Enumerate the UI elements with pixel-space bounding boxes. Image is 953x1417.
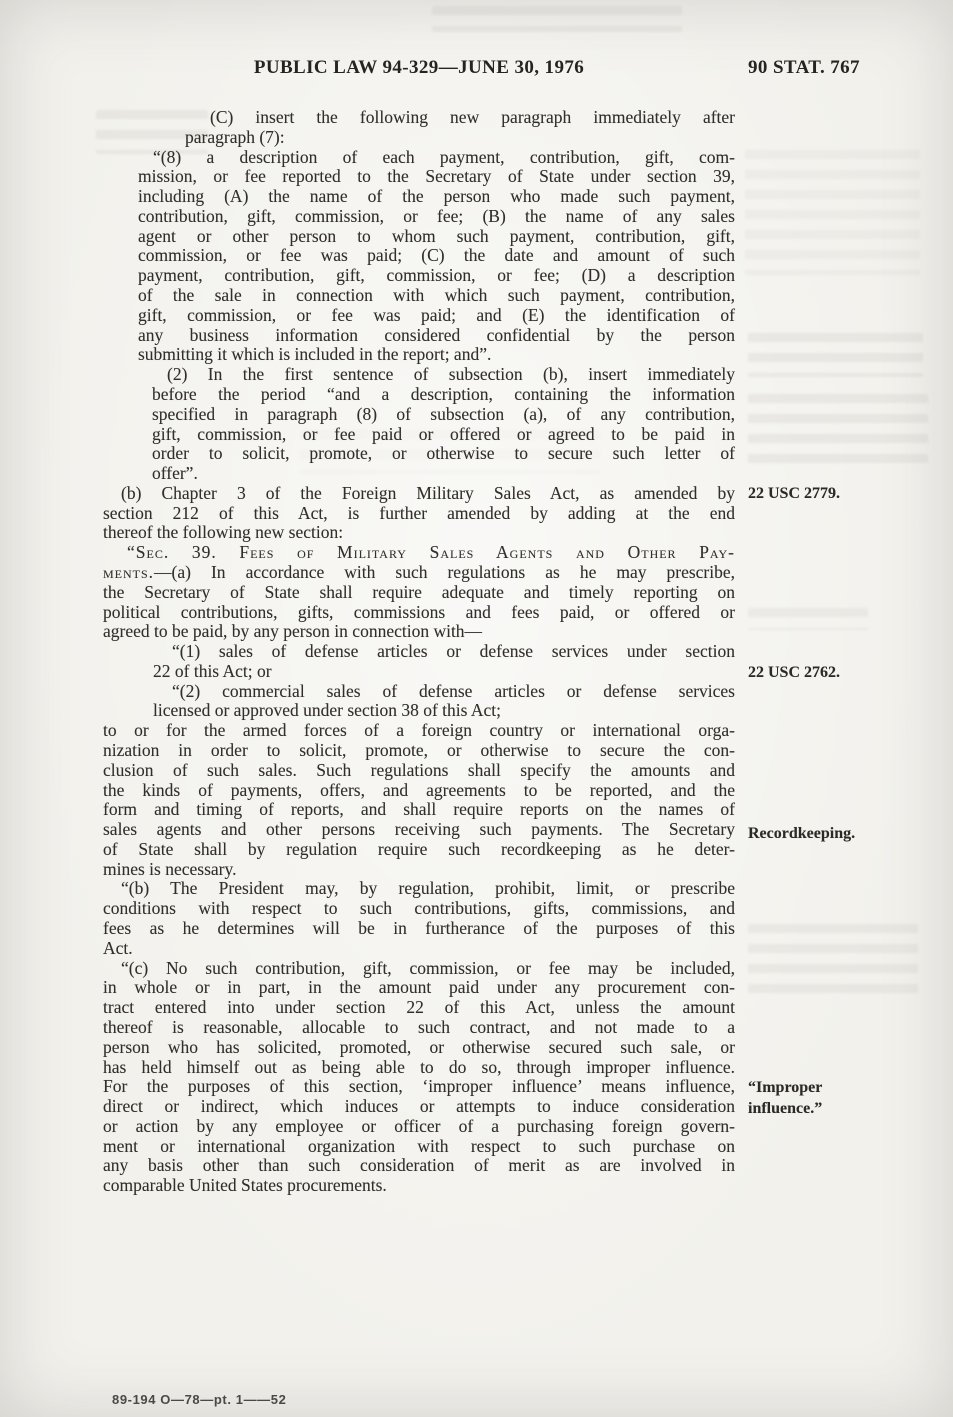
text-line: of the sale in connection with which suc…: [138, 286, 735, 306]
statute-page: PUBLIC LAW 94-329—JUNE 30, 1976 90 STAT.…: [0, 0, 953, 1417]
text-line: of State shall by regulation require suc…: [103, 840, 735, 860]
running-head-stat-number: 90 STAT. 767: [748, 57, 938, 79]
text-line: to or for the armed forces of a foreign …: [103, 721, 735, 741]
paragraph-clause-2: “(2) commercial sales of defense article…: [153, 682, 735, 722]
margin-note-improper-influence: “Improper influence.”: [748, 1077, 943, 1119]
text-line: ments.—(a) In accordance with such regul…: [103, 563, 735, 583]
paragraph-amendment-clause-2: (2) In the first sentence of subsection …: [152, 365, 735, 484]
statute-body-text: (C) insert the following new paragraph i…: [103, 108, 735, 1196]
paragraph-sec-39-heading: “Sec. 39. Fees of Military Sales Agents …: [103, 543, 735, 642]
text-line: (2) In the first sentence of subsection …: [152, 365, 735, 385]
text-line: the kinds of payments, offers, and agree…: [103, 781, 735, 801]
text-line: (b) Chapter 3 of the Foreign Military Sa…: [103, 484, 735, 504]
bleed-through-artifact: [748, 924, 918, 994]
text-line: mission, or fee reported to the Secretar…: [138, 167, 735, 187]
text-line: “(1) sales of defense articles or defens…: [153, 642, 735, 662]
text-line: political contributions, gifts, commissi…: [103, 603, 735, 623]
small-caps-segment: ments.: [103, 562, 154, 582]
text-line: “Sec. 39. Fees of Military Sales Agents …: [103, 543, 735, 563]
text-line: offer”.: [152, 464, 735, 484]
text-line: sales agents and other persons receiving…: [103, 820, 735, 840]
text-line: Act.: [103, 939, 735, 959]
small-caps-segment: “Sec. 39. Fees of Military Sales Agents …: [127, 542, 735, 562]
text-line: “(8) a description of each payment, cont…: [138, 148, 735, 168]
text-line: commission, or fee was paid; (C) the dat…: [138, 246, 735, 266]
text-line: before the period “and a description, co…: [152, 385, 735, 405]
text-line: (C) insert the following new paragraph i…: [185, 108, 735, 128]
text-line: fees as he determines will be in further…: [103, 919, 735, 939]
text-line: nization in order to solicit, promote, o…: [103, 741, 735, 761]
text-line: in whole or in part, in the amount paid …: [103, 978, 735, 998]
text-line: contribution, gift, commission, or fee; …: [138, 207, 735, 227]
margin-note-usc-2779: 22 USC 2779.: [748, 483, 943, 504]
text-line: “(b) The President may, by regulation, p…: [103, 879, 735, 899]
text-line: clusion of such sales. Such regulations …: [103, 761, 735, 781]
text-segment: —(a) In accordance with such regulations…: [154, 562, 735, 582]
bleed-through-artifact: [432, 6, 682, 32]
paragraph-flush-continuation: to or for the armed forces of a foreign …: [103, 721, 735, 879]
text-line: licensed or approved under section 38 of…: [153, 701, 735, 721]
text-line: paragraph (7):: [185, 128, 735, 148]
text-line: submitting it which is included in the r…: [138, 345, 735, 365]
text-line: any basis other than such consideration …: [103, 1156, 735, 1176]
text-line: agreed to be paid, by any person in conn…: [103, 622, 735, 642]
text-line: “(c) No such contribution, gift, commiss…: [103, 959, 735, 979]
margin-note-recordkeeping: Recordkeeping.: [748, 823, 943, 844]
text-line: 22 of this Act; or: [153, 662, 735, 682]
text-line: direct or indirect, which induces or att…: [103, 1097, 735, 1117]
text-line: order to solicit, promote, or otherwise …: [152, 444, 735, 464]
text-line: thereof is reasonable, allocable to such…: [103, 1018, 735, 1038]
paragraph-amendment-clause-c: (C) insert the following new paragraph i…: [185, 108, 735, 148]
text-line: section 212 of this Act, is further amen…: [103, 504, 735, 524]
text-line: “(2) commercial sales of defense article…: [153, 682, 735, 702]
text-line: comparable United States procurements.: [103, 1176, 735, 1196]
paragraph-new-paragraph-8: “(8) a description of each payment, cont…: [138, 148, 735, 366]
paragraph-subsection-b-president: “(b) The President may, by regulation, p…: [103, 879, 735, 958]
text-line: ment or international organization with …: [103, 1137, 735, 1157]
text-line: the Secretary of State shall require ade…: [103, 583, 735, 603]
text-line: including (A) the name of the person who…: [138, 187, 735, 207]
text-line: agent or other person to whom such payme…: [138, 227, 735, 247]
text-line: form and timing of reports, and shall re…: [103, 800, 735, 820]
bleed-through-artifact: [748, 394, 928, 474]
text-line: gift, commission, or fee paid or offered…: [152, 425, 735, 445]
bleed-through-artifact: [745, 150, 920, 275]
text-line: mines is necessary.: [103, 860, 735, 880]
text-line: gift, commission, or fee was paid; and (…: [138, 306, 735, 326]
text-line: thereof the following new section:: [103, 523, 735, 543]
text-line: tract entered into under section 22 of t…: [103, 998, 735, 1018]
text-line: For the purposes of this section, ‘impro…: [103, 1077, 735, 1097]
bleed-through-artifact: [748, 333, 923, 377]
text-line: conditions with respect to such contribu…: [103, 899, 735, 919]
bleed-through-artifact: [748, 608, 868, 630]
margin-note-usc-2762: 22 USC 2762.: [748, 662, 943, 683]
paragraph-subsection-b-chapter3: (b) Chapter 3 of the Foreign Military Sa…: [103, 484, 735, 543]
text-line: has held himself out as being able to do…: [103, 1058, 735, 1078]
text-line: or action by any employee or officer of …: [103, 1117, 735, 1137]
text-line: person who has solicited, promoted, or o…: [103, 1038, 735, 1058]
text-line: specified in paragraph (8) of subsection…: [152, 405, 735, 425]
gpo-print-code: 89-194 O—78—pt. 1——52: [112, 1392, 286, 1407]
running-head-law-title: PUBLIC LAW 94-329—JUNE 30, 1976: [103, 57, 735, 79]
paragraph-clause-1: “(1) sales of defense articles or defens…: [153, 642, 735, 682]
paragraph-subsection-c: “(c) No such contribution, gift, commiss…: [103, 959, 735, 1196]
text-line: any business information considered conf…: [138, 326, 735, 346]
text-line: payment, contribution, gift, commission,…: [138, 266, 735, 286]
